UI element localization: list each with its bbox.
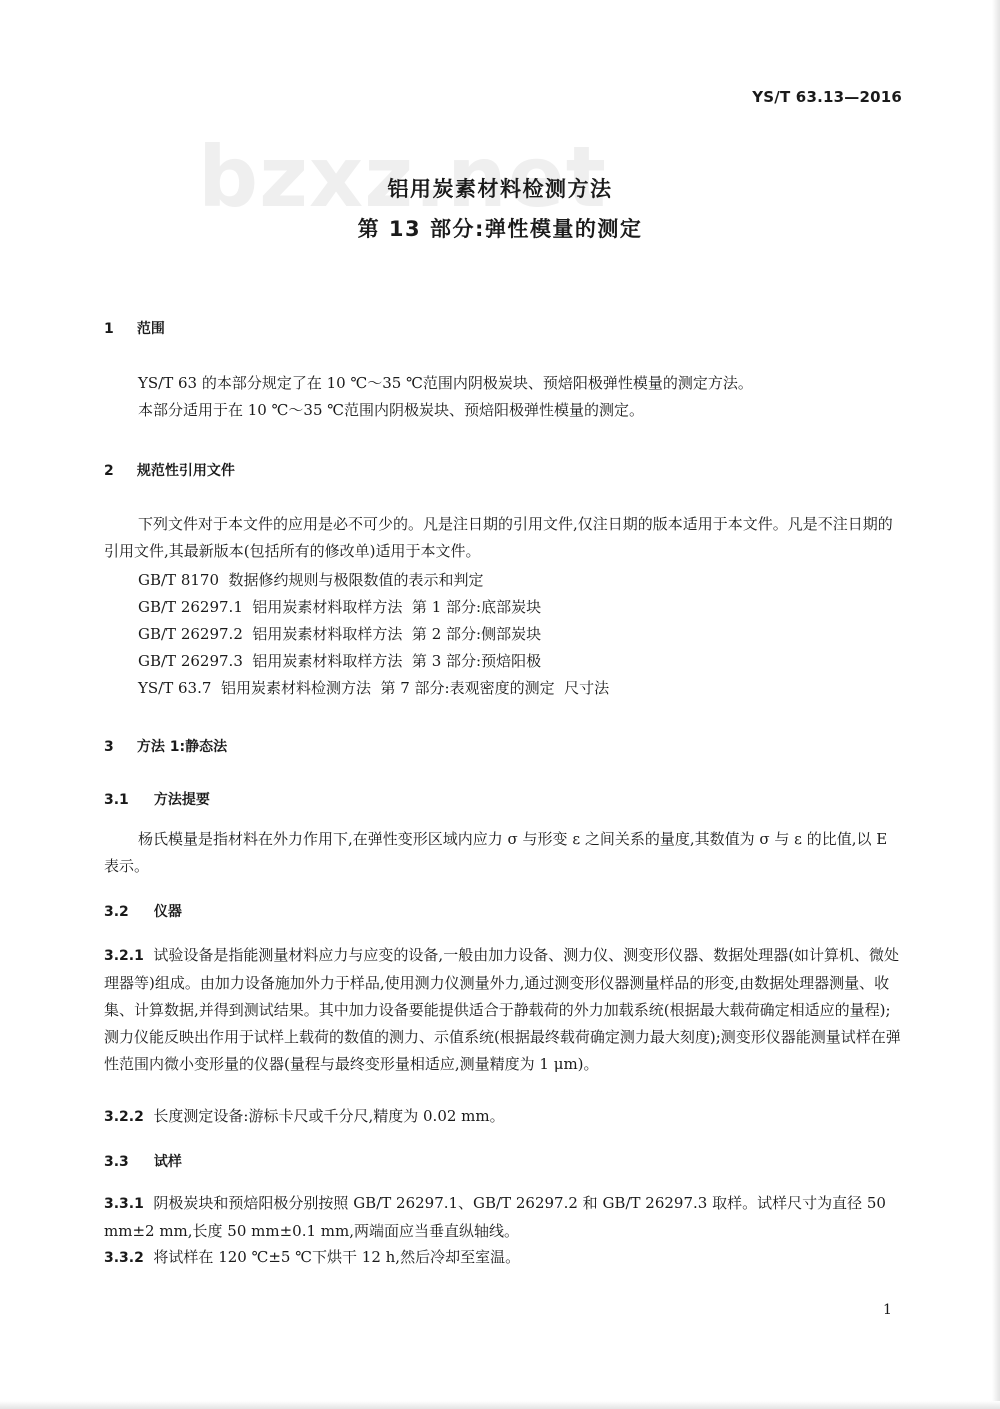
section-title: 范围 [137, 321, 165, 337]
standard-number: YS/T 63.13—2016 [752, 88, 902, 106]
clause-number: 3.3.1 [104, 1196, 144, 1212]
document-subtitle: 第 13 部分:弹性模量的测定 [0, 213, 1000, 243]
subsection-heading-3-2: 3.2 仪器 [104, 901, 182, 921]
clause-number: 3.2.2 [104, 1109, 144, 1125]
clause-3-3-2: 3.3.2 将试样在 120 ℃±5 ℃下烘干 12 h,然后冷却至室温。 [104, 1244, 904, 1272]
section-number: 3 [104, 739, 132, 755]
section-number: 1 [104, 321, 132, 337]
page-edge [0, 1401, 1000, 1409]
section-title: 规范性引用文件 [137, 463, 235, 479]
section-title: 仪器 [154, 904, 182, 920]
reference-item: GB/T 26297.3 铝用炭素材料取样方法 第 3 部分:预焙阳极 [138, 650, 541, 671]
clause-3-2-1: 3.2.1 试验设备是指能测量材料应力与应变的设备,一般由加力设备、测力仪、测变… [104, 942, 904, 1078]
section-number: 2 [104, 463, 132, 479]
clause-number: 3.3.2 [104, 1250, 144, 1266]
subsection-heading-3-1: 3.1 方法提要 [104, 789, 210, 809]
reference-item: GB/T 8170 数据修约规则与极限数值的表示和判定 [138, 569, 484, 590]
clause-3-3-1: 3.3.1 阴极炭块和预焙阳极分别按照 GB/T 26297.1、GB/T 26… [104, 1190, 904, 1245]
section-number: 3.2 [104, 904, 149, 920]
clause-3-2-2: 3.2.2 长度测定设备:游标卡尺或千分尺,精度为 0.02 mm。 [104, 1103, 904, 1131]
paragraph: 下列文件对于本文件的应用是必不可少的。凡是注日期的引用文件,仅注日期的版本适用于… [104, 511, 904, 565]
clause-number: 3.2.1 [104, 948, 144, 964]
page-edge [992, 0, 1000, 1409]
reference-item: GB/T 26297.2 铝用炭素材料取样方法 第 2 部分:侧部炭块 [138, 623, 541, 644]
reference-item: GB/T 26297.1 铝用炭素材料取样方法 第 1 部分:底部炭块 [138, 596, 541, 617]
paragraph: YS/T 63 的本部分规定了在 10 ℃～35 ℃范围内阴极炭块、预焙阳极弹性… [104, 370, 904, 397]
clause-text: 试验设备是指能测量材料应力与应变的设备,一般由加力设备、测力仪、测变形仪器、数据… [104, 946, 901, 1073]
clause-text: 将试样在 120 ℃±5 ℃下烘干 12 h,然后冷却至室温。 [153, 1248, 520, 1266]
section-title: 方法提要 [154, 792, 210, 808]
section-title: 方法 1:静态法 [137, 739, 227, 755]
section-number: 3.1 [104, 792, 149, 808]
section-heading-2: 2 规范性引用文件 [104, 460, 235, 480]
subsection-heading-3-3: 3.3 试样 [104, 1151, 182, 1171]
section-number: 3.3 [104, 1154, 149, 1170]
paragraph: 杨氏模量是指材料在外力作用下,在弹性变形区域内应力 σ 与形变 ε 之间关系的量… [104, 826, 904, 880]
section-heading-3: 3 方法 1:静态法 [104, 736, 227, 756]
document-title: 铝用炭素材料检测方法 [0, 173, 1000, 203]
section-heading-1: 1 范围 [104, 318, 165, 338]
clause-text: 长度测定设备:游标卡尺或千分尺,精度为 0.02 mm。 [153, 1107, 504, 1125]
section-title: 试样 [154, 1154, 182, 1170]
paragraph: 本部分适用于在 10 ℃～35 ℃范围内阴极炭块、预焙阳极弹性模量的测定。 [104, 397, 904, 424]
reference-item: YS/T 63.7 铝用炭素材料检测方法 第 7 部分:表观密度的测定 尺寸法 [138, 677, 609, 698]
clause-text: 阴极炭块和预焙阳极分别按照 GB/T 26297.1、GB/T 26297.2 … [104, 1194, 886, 1240]
page-number: 1 [883, 1302, 892, 1318]
